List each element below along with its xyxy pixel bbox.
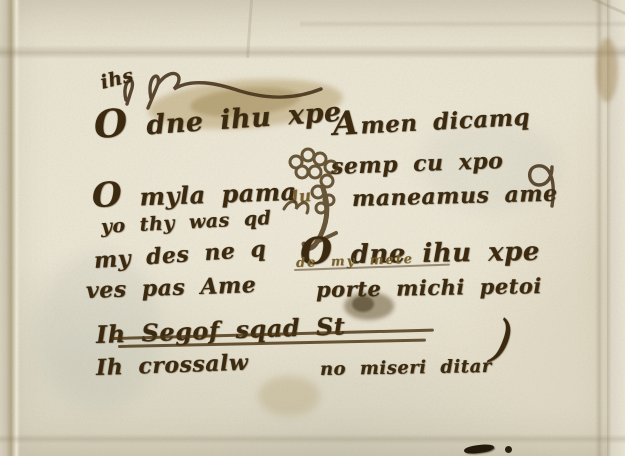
manuscript-page: ihs O dne ihu xpe Amen dicamq semp cu xp…: [0, 0, 625, 456]
paper-texture: [0, 0, 625, 456]
